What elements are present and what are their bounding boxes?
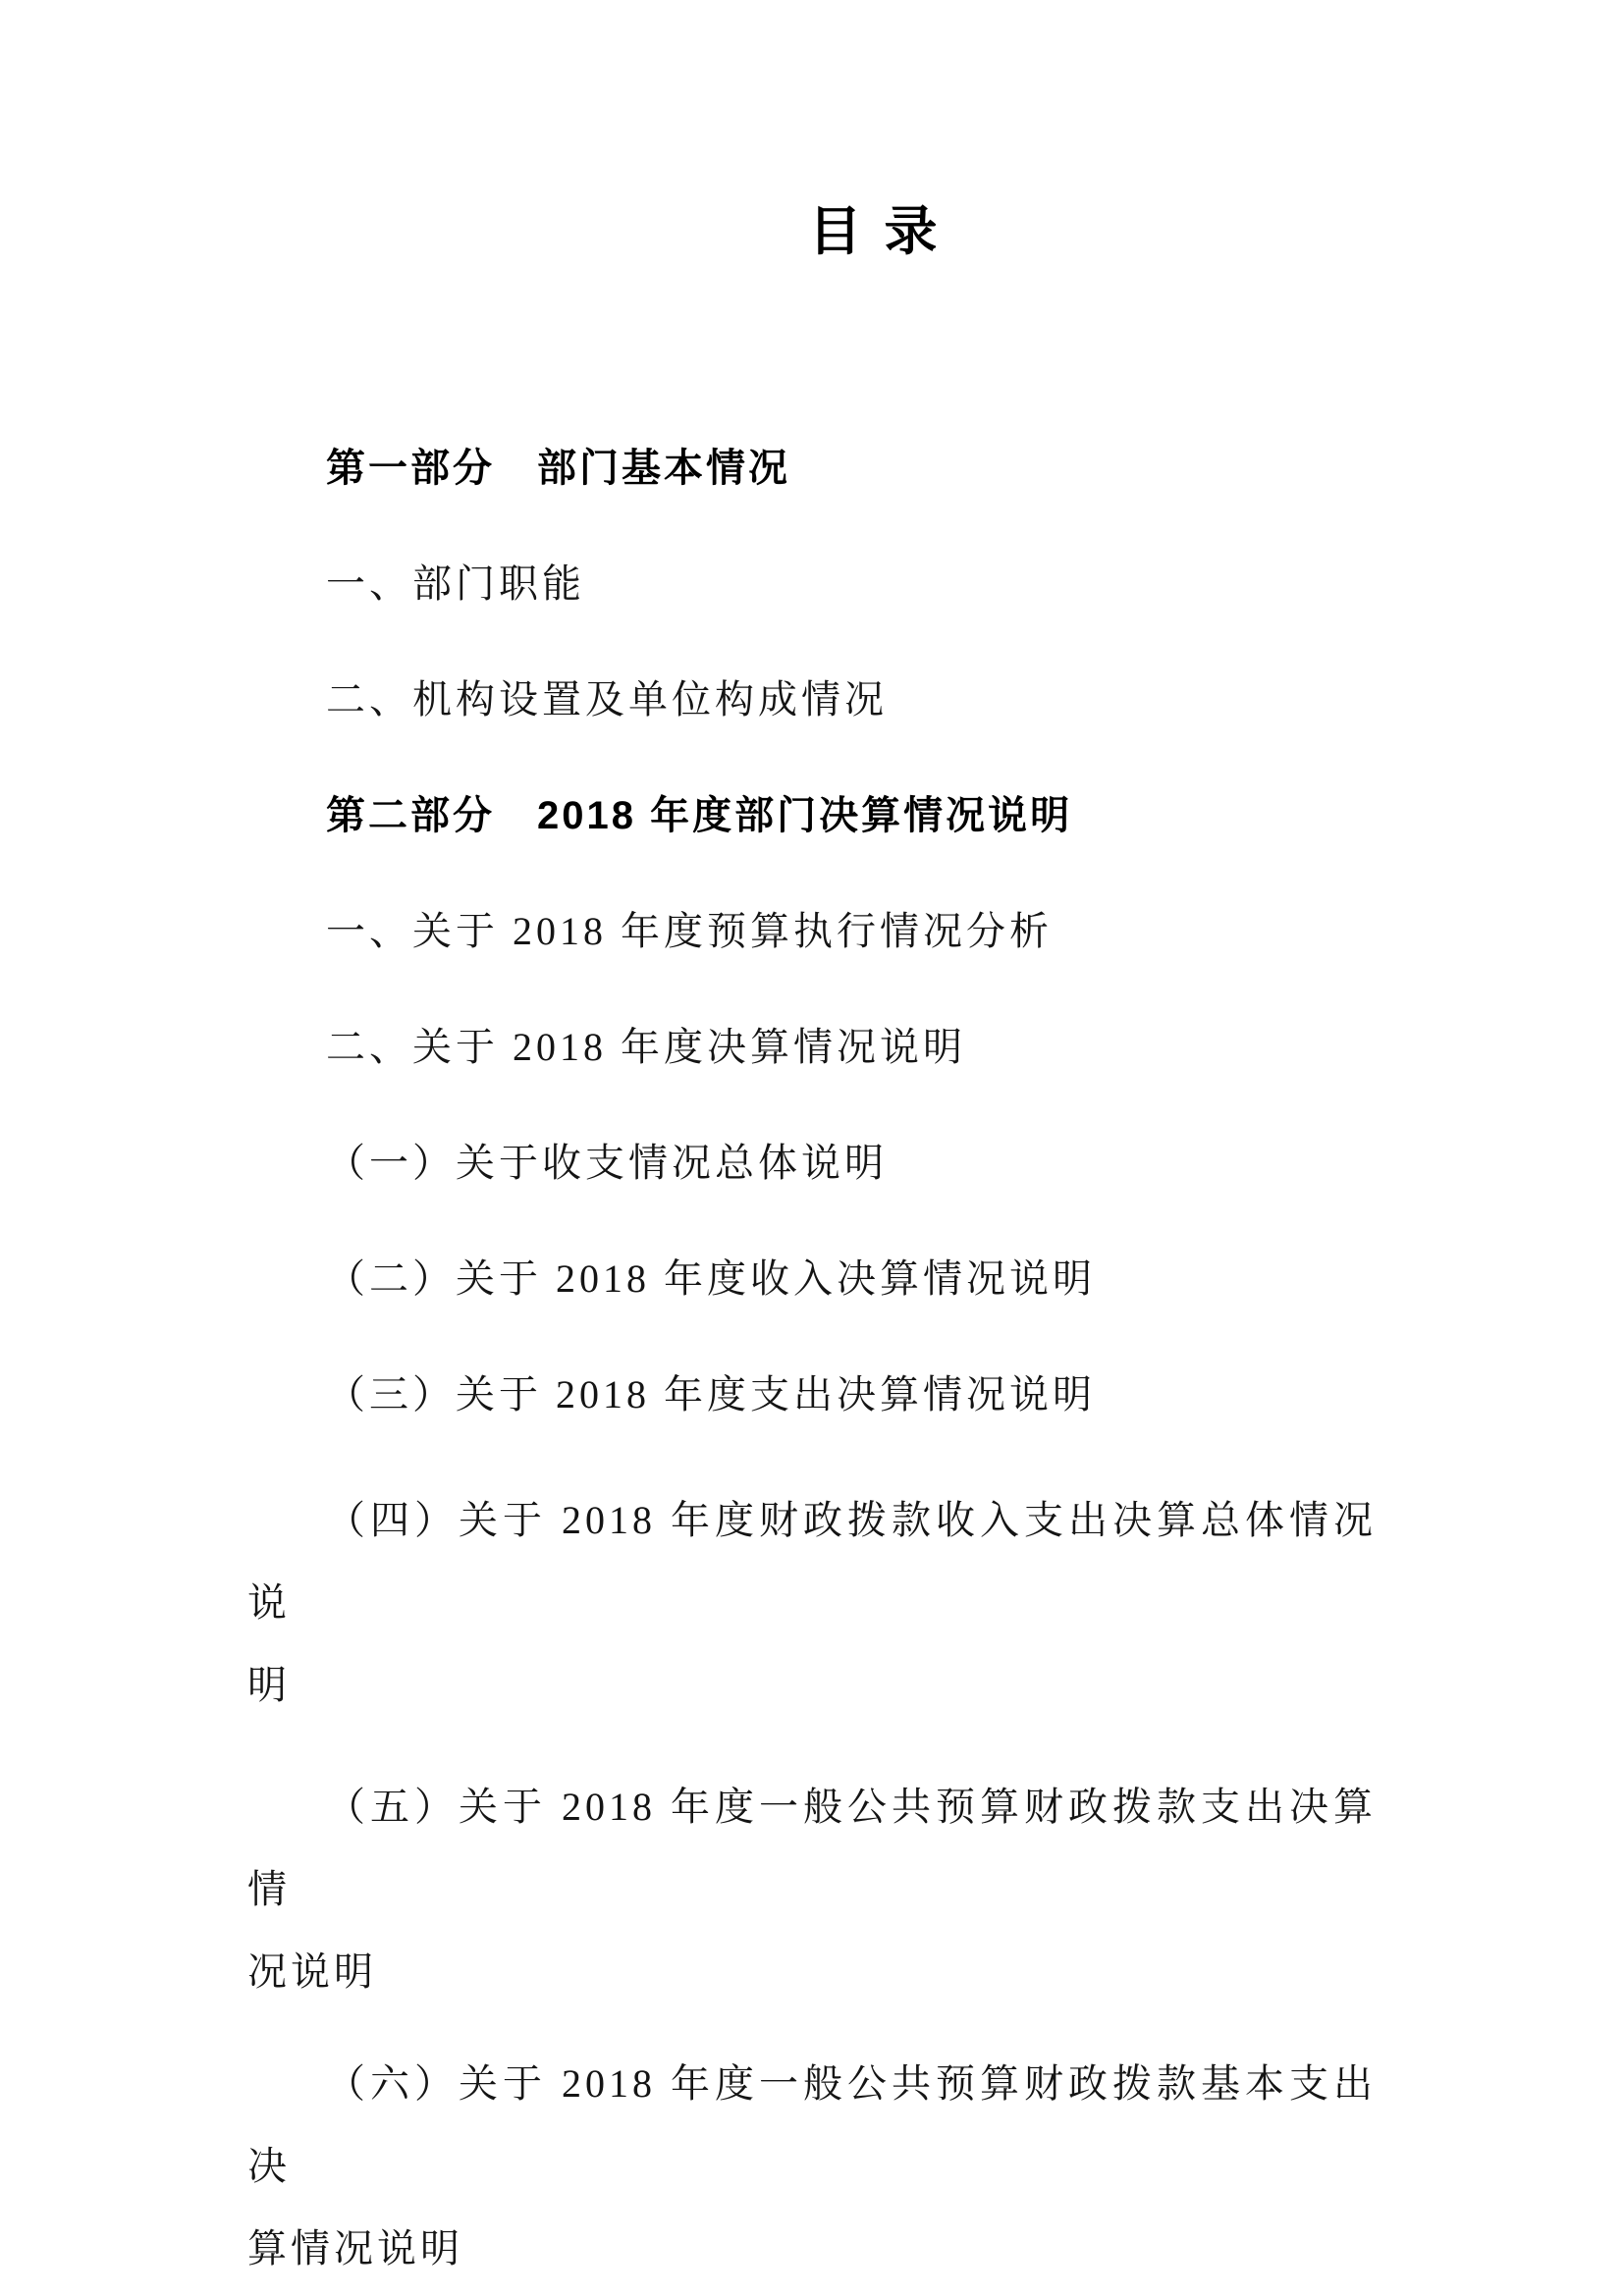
toc-entry: 一、关于 2018 年度预算执行情况分析 [247,890,1377,973]
toc-entry-text: 二、机构设置及单位构成情况 [247,659,1377,741]
toc-entry-text: （四）关于 2018 年度财政拨款收入支出决算总体情况说 [247,1479,1377,1644]
toc-entry: （五）关于 2018 年度一般公共预算财政拨款支出决算情 况说明 [247,1766,1377,2013]
toc-entry: （一）关于收支情况总体说明 [247,1122,1377,1204]
toc-entry-text: （六）关于 2018 年度一般公共预算财政拨款基本支出决 [247,2043,1377,2208]
toc-entry: 二、机构设置及单位构成情况 [247,659,1377,741]
toc-entry-part-2: 第二部分 2018 年度部门决算情况说明 [247,774,1377,857]
toc-entry-text: （二）关于 2018 年度收入决算情况说明 [247,1238,1377,1320]
toc-entry-text: 第二部分 2018 年度部门决算情况说明 [247,774,1377,857]
toc-entry-text: 二、关于 2018 年度决算情况说明 [247,1006,1377,1089]
toc-entry: （二）关于 2018 年度收入决算情况说明 [247,1238,1377,1320]
table-of-contents: 第一部分 部门基本情况 一、部门职能 二、机构设置及单位构成情况 第二部分 20… [247,427,1377,2290]
document-title: 目 录 [310,202,1439,261]
document-page: 目 录 第一部分 部门基本情况 一、部门职能 二、机构设置及单位构成情况 第二部… [0,0,1624,2296]
toc-entry-text-continued: 况说明 [247,1931,1377,2013]
toc-entry-text: 一、关于 2018 年度预算执行情况分析 [247,890,1377,973]
toc-entry-text-continued: 明 [247,1644,1377,1727]
toc-entry-text: （一）关于收支情况总体说明 [247,1122,1377,1204]
toc-entry: （四）关于 2018 年度财政拨款收入支出决算总体情况说 明 [247,1479,1377,1727]
toc-entry-part-1: 第一部分 部门基本情况 [247,427,1377,509]
toc-entry-text: 一、部门职能 [247,543,1377,625]
toc-entry-text: （五）关于 2018 年度一般公共预算财政拨款支出决算情 [247,1766,1377,1931]
toc-entry: （三）关于 2018 年度支出决算情况说明 [247,1354,1377,1436]
toc-entry: 一、部门职能 [247,543,1377,625]
toc-entry-text: （三）关于 2018 年度支出决算情况说明 [247,1354,1377,1436]
toc-entry: 二、关于 2018 年度决算情况说明 [247,1006,1377,1089]
toc-entry: （六）关于 2018 年度一般公共预算财政拨款基本支出决 算情况说明 [247,2043,1377,2290]
toc-entry-text: 第一部分 部门基本情况 [247,427,1377,509]
toc-entry-text-continued: 算情况说明 [247,2208,1377,2290]
